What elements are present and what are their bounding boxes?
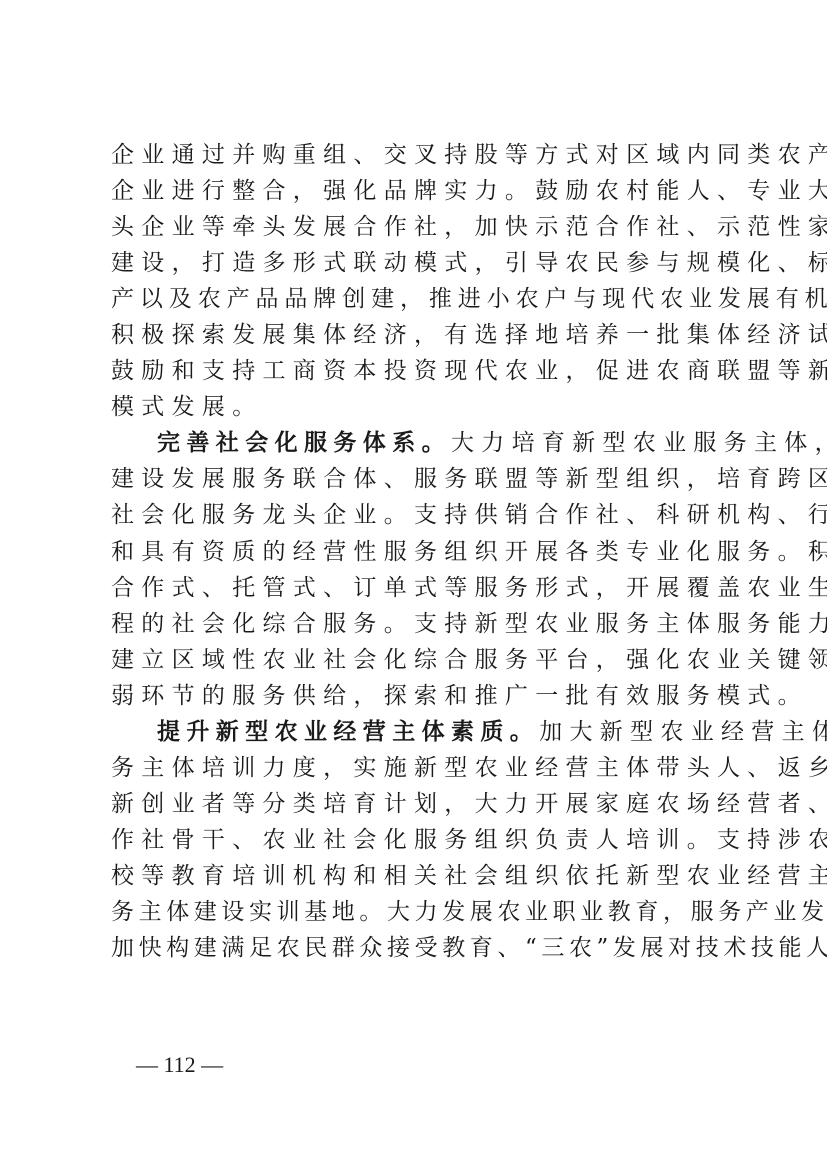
text-line: 产以及农产品品牌创建，推进小农户与现代农业发展有机衔接。 [111,281,731,317]
text-line: 建设，打造多形式联动模式，引导农民参与规模化、标准化生 [111,245,731,281]
text-line: 合作式、托管式、订单式等服务形式，开展覆盖农业生产全过 [111,570,731,606]
paragraph-first-line: 提升新型农业经营主体素质。加大新型农业经营主体和服 [111,714,731,750]
text-line: 弱环节的服务供给，探索和推广一批有效服务模式。 [111,678,731,714]
text-line: 企业进行整合，强化品牌实力。鼓励农村能人、专业大户、龙 [111,173,731,209]
text-line: 和具有资质的经营性服务组织开展各类专业化服务。积极推广 [111,534,731,570]
text-line: 加快构建满足农民群众接受教育、“三农”发展对技术技能人才需 [111,930,731,966]
text-line: 社会化服务龙头企业。支持供销合作社、科研机构、行业协会 [111,497,731,533]
text-line: 校等教育培训机构和相关社会组织依托新型农业经营主体和服 [111,858,731,894]
text-line: 企业通过并购重组、交叉持股等方式对区域内同类农产品加工 [111,137,731,173]
text-line: 程的社会化综合服务。支持新型农业服务主体服务能力建设， [111,606,731,642]
text-run: 加大新型农业经营主体和服 [539,719,827,745]
text-line: 积极探索发展集体经济，有选择地培养一批集体经济试点村。 [111,317,731,353]
text-line: 务主体培训力度，实施新型农业经营主体带头人、返乡入乡创 [111,750,731,786]
text-line: 务主体建设实训基地。大力发展农业职业教育，服务产业发展， [111,894,731,930]
text-line: 模式发展。 [111,389,731,425]
text-line: 鼓励和支持工商资本投资现代农业，促进农商联盟等新型经营 [111,353,731,389]
paragraph-heading: 完善社会化服务体系。 [157,429,451,456]
document-page: 企业通过并购重组、交叉持股等方式对区域内同类农产品加工 企业进行整合，强化品牌实… [0,0,827,1169]
text-line: 作社骨干、农业社会化服务组织负责人培训。支持涉农职业院 [111,822,731,858]
paragraph-first-line: 完善社会化服务体系。大力培育新型农业服务主体，重点 [111,425,731,461]
page-number: — 112 — [136,1052,223,1078]
text-line: 建设发展服务联合体、服务联盟等新型组织，培育跨区域农业 [111,461,731,497]
paragraph-heading: 提升新型农业经营主体素质。 [157,718,539,745]
text-line: 新创业者等分类培育计划，大力开展家庭农场经营者、农民合 [111,786,731,822]
text-line: 建立区域性农业社会化综合服务平台，强化农业关键领域和薄 [111,642,731,678]
document-body: 企业通过并购重组、交叉持股等方式对区域内同类农产品加工 企业进行整合，强化品牌实… [111,137,731,966]
text-run: 大力培育新型农业服务主体，重点 [451,430,827,456]
text-line: 头企业等牵头发展合作社，加快示范合作社、示范性家庭农场 [111,209,731,245]
